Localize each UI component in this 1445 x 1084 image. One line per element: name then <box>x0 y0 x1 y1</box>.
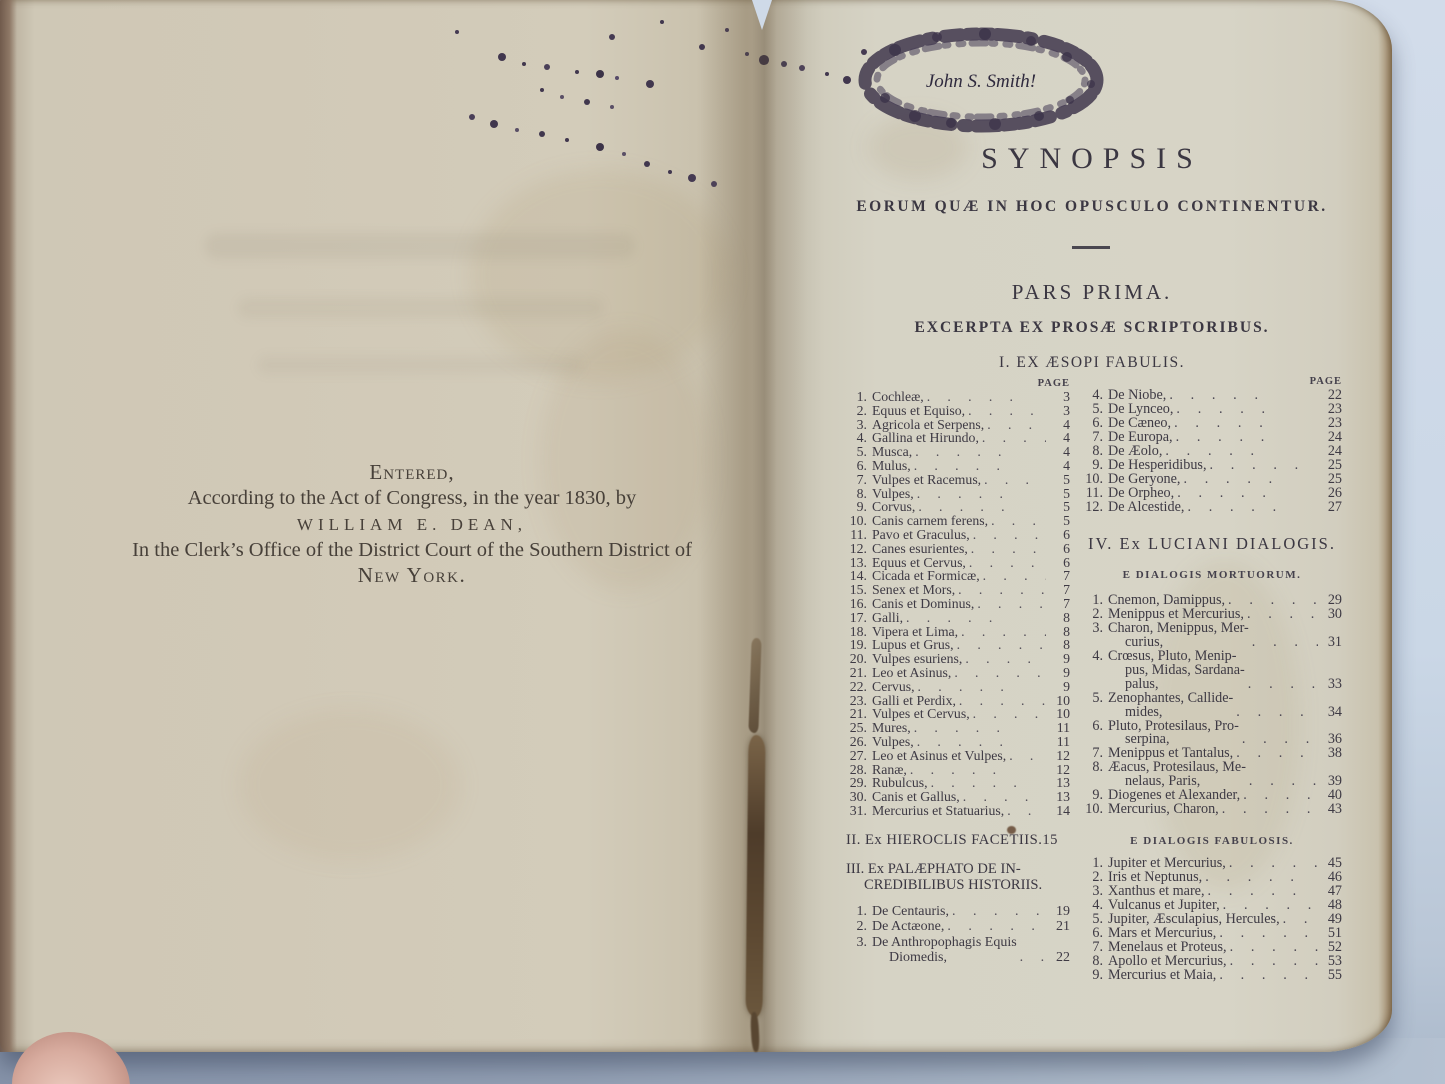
item-page: 5 <box>1046 514 1070 528</box>
item-number: 21. <box>846 707 872 721</box>
item-page: 9 <box>1046 652 1070 666</box>
left-page-edge <box>0 0 17 1052</box>
dot-leader <box>968 542 1046 556</box>
toc-row: 4. Vulcanus et Jupiter, 48 <box>1082 898 1342 912</box>
item-title: Apollo et Mercurius, <box>1108 954 1227 968</box>
item-number: 10. <box>1082 472 1108 486</box>
item-title: Cochleæ, <box>872 390 924 404</box>
item-title: De Europa, <box>1108 430 1173 444</box>
item-page: 22 <box>1318 388 1342 402</box>
item-number: 6. <box>1082 416 1108 430</box>
dot-leader <box>1173 402 1318 416</box>
item-title: Pluto, Protesilaus, Pro-serpina, <box>1108 720 1239 748</box>
toc-row: 22. Cervus, 9 <box>846 680 1070 694</box>
hierocles-section-heading: II. Ex HIEROCLIS FACETIIS.15 <box>846 834 1070 848</box>
item-number: 15. <box>846 583 872 597</box>
item-number: 12. <box>1082 500 1108 514</box>
item-page: 12 <box>1046 749 1070 763</box>
item-number: 3. <box>1082 622 1108 636</box>
copyright-congress-line: According to the Act of Congress, in the… <box>92 487 732 510</box>
item-title: De Orpheo, <box>1108 486 1174 500</box>
item-title: Zenophantes, Callide-mides, <box>1108 692 1233 720</box>
palaephato-toc-list: 1. De Centauris, 19 2. De Actæone, 21 3.… <box>846 904 1070 966</box>
item-number: 1. <box>1082 856 1108 870</box>
dot-leader <box>915 680 1046 694</box>
dot-leader <box>984 418 1046 432</box>
item-title: Gallina et Hirundo, <box>872 431 979 445</box>
dot-leader <box>912 445 1046 459</box>
mortuorum-subheading: E DIALOGIS MORTUORUM. <box>1082 568 1342 582</box>
item-number: 10. <box>1082 803 1108 817</box>
item-title: Menelaus et Proteus, <box>1108 940 1227 954</box>
item-page: 3 <box>1046 404 1070 418</box>
item-page: 10 <box>1046 707 1070 721</box>
toc-row: 7. Menelaus et Proteus, 52 <box>1082 940 1342 954</box>
dot-leader <box>954 638 1046 652</box>
dot-leader <box>1280 912 1318 926</box>
toc-row: 1. Jupiter et Mercurius, 45 <box>1082 856 1342 870</box>
item-title: Mercurius et Statuarius, <box>872 804 1004 818</box>
toc-row: 4. Gallina et Hirundo, 4 <box>846 431 1070 445</box>
showthrough-text <box>238 298 603 318</box>
dot-leader <box>965 404 1046 418</box>
item-number: 21. <box>846 666 872 680</box>
item-number: 25. <box>846 721 872 735</box>
dot-leader <box>1006 749 1046 763</box>
item-page: 43 <box>1318 803 1342 817</box>
item-page: 53 <box>1318 954 1342 968</box>
toc-row: 2. De Actæone, 21 <box>846 919 1070 935</box>
item-title: Senex et Mors, <box>872 583 955 597</box>
binding-crack <box>746 735 766 1017</box>
toc-row: 8. Æacus, Protesilaus, Me-nelaus, Paris,… <box>1082 761 1342 789</box>
item-title: De Cæneo, <box>1108 416 1171 430</box>
item-number: 31. <box>846 804 872 818</box>
item-title: Iris et Neptunus, <box>1108 870 1202 884</box>
item-title: Vipera et Lima, <box>872 625 958 639</box>
item-number: 7. <box>1082 940 1108 954</box>
item-page: 8 <box>1046 638 1070 652</box>
item-number: 17. <box>846 611 872 625</box>
item-number: 5. <box>1082 912 1108 926</box>
item-page: 26 <box>1318 486 1342 500</box>
item-page: 52 <box>1318 940 1342 954</box>
toc-row: 8. De Æolo, 24 <box>1082 444 1342 458</box>
item-page: 49 <box>1318 912 1342 926</box>
item-page: 4 <box>1046 445 1070 459</box>
item-page: 47 <box>1318 884 1342 898</box>
palaephato-section-heading: III. Ex PALÆPHATO DE IN- CREDIBILIBUS HI… <box>846 861 1070 894</box>
item-number: 20. <box>846 652 872 666</box>
toc-row: 4. Crœsus, Pluto, Menip-pus, Midas, Sard… <box>1082 650 1342 692</box>
toc-row: 2. Equus et Equiso, 3 <box>846 404 1070 418</box>
dot-leader <box>1233 706 1318 720</box>
toc-row: 3. Xanthus et mare, 47 <box>1082 884 1342 898</box>
item-title: Leo et Asinus et Vulpes, <box>872 749 1006 763</box>
item-title: Æacus, Protesilaus, Me-nelaus, Paris, <box>1108 761 1246 789</box>
dot-leader <box>1180 472 1318 486</box>
item-number: 7. <box>1082 430 1108 444</box>
item-page: 24 <box>1318 430 1342 444</box>
item-title: Canes esurientes, <box>872 542 968 556</box>
dot-leader <box>1245 678 1318 692</box>
item-number: 3. <box>1082 884 1108 898</box>
toc-row: 9. Corvus, 5 <box>846 500 1070 514</box>
item-number: 8. <box>1082 761 1108 775</box>
dot-leader <box>962 652 1046 666</box>
copyright-entered: Entered, <box>92 460 732 485</box>
item-page: 13 <box>1046 776 1070 790</box>
item-page: 46 <box>1318 870 1342 884</box>
palaephato-cont-toc-list: 4. De Niobe, 22 5. De Lynceo, 23 6. De C… <box>1082 388 1342 514</box>
dot-leader <box>951 666 1046 680</box>
dot-leader <box>1246 775 1318 789</box>
dot-leader <box>1240 789 1318 803</box>
item-page: 14 <box>1046 804 1070 818</box>
toc-row: 10. Mercurius, Charon, 43 <box>1082 803 1342 817</box>
toc-row: 20. Vulpes esuriens, 9 <box>846 652 1070 666</box>
item-title: Agricola et Serpens, <box>872 418 984 432</box>
item-title: Vulpes, <box>872 487 914 501</box>
toc-row: 7. De Europa, 24 <box>1082 430 1342 444</box>
item-page: 34 <box>1318 706 1342 720</box>
item-number: 6. <box>1082 926 1108 940</box>
item-title: Mercurius et Maia, <box>1108 968 1216 982</box>
toc-row: 17. Galli, 8 <box>846 611 1070 625</box>
toc-row: 11. Pavo et Graculus, 6 <box>846 528 1070 542</box>
dot-leader <box>1227 940 1318 954</box>
copyright-new-york: New York. <box>92 563 732 588</box>
dot-leader <box>1216 926 1318 940</box>
item-page: 6 <box>1046 556 1070 570</box>
item-number: 2. <box>846 919 872 935</box>
item-page: 31 <box>1318 636 1342 650</box>
toc-row: 8. Vulpes, 5 <box>846 487 1070 501</box>
dot-leader <box>974 597 1046 611</box>
toc-row: 16. Canis et Dominus, 7 <box>846 597 1070 611</box>
item-title: Vulpes et Cervus, <box>872 707 970 721</box>
item-page: 19 <box>1046 904 1070 920</box>
book-photo: Entered, According to the Act of Congres… <box>0 0 1445 1084</box>
item-number: 5. <box>1082 692 1108 706</box>
toc-row: 23. Galli et Perdix, 10 <box>846 694 1070 708</box>
dot-leader <box>1216 968 1318 982</box>
dot-leader <box>981 473 1046 487</box>
item-title: Vulpes et Racemus, <box>872 473 981 487</box>
dot-leader <box>907 763 1046 777</box>
dot-leader <box>970 707 1046 721</box>
item-title: Leo et Asinus, <box>872 666 951 680</box>
item-number: 16. <box>846 597 872 611</box>
dot-leader <box>911 459 1046 473</box>
item-page: 7 <box>1046 597 1070 611</box>
item-title: De Geryone, <box>1108 472 1180 486</box>
toc-row: 25. Mures, 11 <box>846 721 1070 735</box>
toc-row: 14. Cicada et Formicæ, 7 <box>846 569 1070 583</box>
luciani-section-heading: IV. Ex LUCIANI DIALOGIS. <box>1082 537 1342 551</box>
item-page: 11 <box>1046 721 1070 735</box>
item-page: 9 <box>1046 680 1070 694</box>
dot-leader <box>1207 458 1318 472</box>
item-page: 13 <box>1046 790 1070 804</box>
item-page: 7 <box>1046 583 1070 597</box>
item-number: 10. <box>846 514 872 528</box>
toc-row: 29. Rubulcus, 13 <box>846 776 1070 790</box>
dot-leader <box>914 735 1046 749</box>
toc-row: 5. Musca, 4 <box>846 445 1070 459</box>
dot-leader <box>944 919 1046 935</box>
item-title: Charon, Menippus, Mer-curius, <box>1108 622 1249 650</box>
dot-leader <box>1017 950 1046 966</box>
item-title: Musca, <box>872 445 912 459</box>
item-number: 9. <box>1082 968 1108 982</box>
item-number: 26. <box>846 735 872 749</box>
item-number: 13. <box>846 556 872 570</box>
item-title: Rubulcus, <box>872 776 928 790</box>
item-number: 3. <box>846 418 872 432</box>
item-page: 22 <box>1046 950 1070 966</box>
item-title: De Centauris, <box>872 904 949 920</box>
toc-row: 3. Agricola et Serpens, 4 <box>846 418 1070 432</box>
paper-stain <box>240 710 460 860</box>
item-title: De Niobe, <box>1108 388 1166 402</box>
item-page: 8 <box>1046 611 1070 625</box>
item-page: 33 <box>1318 678 1342 692</box>
item-title: Vulpes esuriens, <box>872 652 962 666</box>
open-book: Entered, According to the Act of Congres… <box>0 0 1392 1052</box>
item-page: 5 <box>1046 473 1070 487</box>
item-page: 25 <box>1318 472 1342 486</box>
item-page: 6 <box>1046 542 1070 556</box>
item-title: Crœsus, Pluto, Menip-pus, Midas, Sardana… <box>1108 650 1245 692</box>
dot-leader <box>956 694 1046 708</box>
item-page: 4 <box>1046 459 1070 473</box>
item-number: 5. <box>1082 402 1108 416</box>
toc-row: 30. Canis et Gallus, 13 <box>846 790 1070 804</box>
item-page: 23 <box>1318 402 1342 416</box>
mortuorum-toc-list: 1. Cnemon, Damippus, 29 2. Menippus et M… <box>1082 594 1342 817</box>
item-page: 55 <box>1318 968 1342 982</box>
dot-leader <box>988 514 1046 528</box>
toc-row: 15. Senex et Mors, 7 <box>846 583 1070 597</box>
item-title: De Alcestide, <box>1108 500 1184 514</box>
item-title: De Æolo, <box>1108 444 1162 458</box>
excerpta-heading: EXCERPTA EX PROSÆ SCRIPTORIBUS. <box>792 319 1392 337</box>
pars-prima-heading: PARS PRIMA. <box>792 280 1392 305</box>
fabulosis-subheading: E DIALOGIS FABULOSIS. <box>1082 834 1342 848</box>
item-page: 3 <box>1046 390 1070 404</box>
dot-leader <box>1205 884 1318 898</box>
toc-row: 26. Vulpes, 11 <box>846 735 1070 749</box>
dot-leader <box>1173 430 1318 444</box>
dot-leader <box>911 721 1046 735</box>
item-number: 4. <box>1082 650 1108 664</box>
toc-row: 13. Equus et Cervus, 6 <box>846 556 1070 570</box>
toc-row: 9. Mercurius et Maia, 55 <box>1082 968 1342 982</box>
dot-leader <box>960 790 1046 804</box>
item-page: 5 <box>1046 500 1070 514</box>
dot-leader <box>903 611 1046 625</box>
item-page: 27 <box>1318 500 1342 514</box>
toc-right-column: PAGE 4. De Niobe, 22 5. De Lynceo, 23 6.… <box>1082 376 1342 982</box>
item-page: 10 <box>1046 694 1070 708</box>
dot-leader <box>966 556 1046 570</box>
dot-leader <box>1004 804 1046 818</box>
toc-row: 6. Mars et Mercurius, 51 <box>1082 926 1342 940</box>
item-number: 4. <box>1082 898 1108 912</box>
toc-row: 10. De Geryone, 25 <box>1082 472 1342 486</box>
item-number: 8. <box>1082 444 1108 458</box>
dot-leader <box>1226 856 1318 870</box>
item-title: Equus et Equiso, <box>872 404 965 418</box>
divider-rule <box>1072 246 1110 249</box>
item-title: Mars et Mercurius, <box>1108 926 1216 940</box>
item-number: 29. <box>846 776 872 790</box>
item-number: 28. <box>846 763 872 777</box>
dot-leader <box>980 569 1046 583</box>
toc-row: 21. Vulpes et Cervus, 10 <box>846 707 1070 721</box>
item-number: 2. <box>1082 870 1108 884</box>
item-title: Cervus, <box>872 680 915 694</box>
item-number: 22. <box>846 680 872 694</box>
item-page: 38 <box>1318 747 1342 761</box>
item-page: 45 <box>1318 856 1342 870</box>
dot-leader <box>1239 733 1318 747</box>
item-number: 23. <box>846 694 872 708</box>
item-number: 7. <box>846 473 872 487</box>
item-title: Ranæ, <box>872 763 907 777</box>
item-number: 8. <box>846 487 872 501</box>
toc-row: 28. Ranæ, 12 <box>846 763 1070 777</box>
dot-leader <box>1202 870 1318 884</box>
toc-row: 5. De Lynceo, 23 <box>1082 402 1342 416</box>
toc-row: 1. Cochleæ, 3 <box>846 390 1070 404</box>
toc-row: 2. Iris et Neptunus, 46 <box>1082 870 1342 884</box>
toc-row: 3. Charon, Menippus, Mer-curius, 31 <box>1082 622 1342 650</box>
toc-row: 5. Jupiter, Æsculapius, Hercules, 49 <box>1082 912 1342 926</box>
item-page: 21 <box>1046 919 1070 935</box>
item-number: 1. <box>846 390 872 404</box>
toc-row: 31. Mercurius et Statuarius, 14 <box>846 804 1070 818</box>
dot-leader <box>970 528 1046 542</box>
dot-leader <box>979 431 1046 445</box>
item-title: Pavo et Graculus, <box>872 528 970 542</box>
dot-leader <box>955 583 1046 597</box>
dot-leader <box>1171 416 1318 430</box>
item-page: 7 <box>1046 569 1070 583</box>
item-title: Canis carnem ferens, <box>872 514 988 528</box>
toc-row: 4. De Niobe, 22 <box>1082 388 1342 402</box>
dot-leader <box>1166 388 1318 402</box>
item-title: Cicada et Formicæ, <box>872 569 980 583</box>
toc-row: 10. Canis carnem ferens, 5 <box>846 514 1070 528</box>
item-title: De Actæone, <box>872 919 944 935</box>
dot-leader <box>1244 608 1318 622</box>
item-title: Galli, <box>872 611 903 625</box>
item-title: Mercurius, Charon, <box>1108 803 1219 817</box>
item-number: 9. <box>1082 458 1108 472</box>
toc-row: 6. Mulus, 4 <box>846 459 1070 473</box>
toc-row: 9. De Hesperidibus, 25 <box>1082 458 1342 472</box>
dot-leader <box>949 904 1046 920</box>
item-number: 19. <box>846 638 872 652</box>
item-page: 30 <box>1318 608 1342 622</box>
toc-row: 21. Leo et Asinus, 9 <box>846 666 1070 680</box>
cover-corner <box>0 0 60 140</box>
toc-row: 3. De Anthropophagis EquisDiomedis, 22 <box>846 935 1070 966</box>
item-page: 25 <box>1318 458 1342 472</box>
item-number: 18. <box>846 625 872 639</box>
item-page: 23 <box>1318 416 1342 430</box>
fabulosis-toc-list: 1. Jupiter et Mercurius, 45 2. Iris et N… <box>1082 856 1342 982</box>
toc-row: 19. Lupus et Grus, 8 <box>846 638 1070 652</box>
toc-row: 1. De Centauris, 19 <box>846 904 1070 920</box>
dot-leader <box>1184 500 1318 514</box>
item-page: 12 <box>1046 763 1070 777</box>
item-title: Xanthus et mare, <box>1108 884 1205 898</box>
dot-leader <box>1227 954 1318 968</box>
toc-left-column: PAGE 1. Cochleæ, 3 2. Equus et Equiso, 3… <box>846 378 1070 966</box>
toc-row: 12. Canes esurientes, 6 <box>846 542 1070 556</box>
toc-row: 11. De Orpheo, 26 <box>1082 486 1342 500</box>
item-title: Equus et Cervus, <box>872 556 966 570</box>
copyright-notice: Entered, According to the Act of Congres… <box>92 460 732 588</box>
item-page: 51 <box>1318 926 1342 940</box>
copyright-clerk-line: In the Clerk’s Office of the District Co… <box>92 539 732 562</box>
item-title: Mulus, <box>872 459 911 473</box>
item-number: 6. <box>846 459 872 473</box>
toc-row: 5. Zenophantes, Callide-mides, 34 <box>1082 692 1342 720</box>
dot-leader <box>914 487 1046 501</box>
item-number: 6. <box>1082 720 1108 734</box>
item-title: Galli et Perdix, <box>872 694 956 708</box>
item-number: 9. <box>846 500 872 514</box>
item-number: 8. <box>1082 954 1108 968</box>
item-title: De Hesperidibus, <box>1108 458 1207 472</box>
dot-leader <box>1162 444 1318 458</box>
dot-leader <box>928 776 1046 790</box>
aesop-toc-list: 1. Cochleæ, 3 2. Equus et Equiso, 3 3. A… <box>846 390 1070 818</box>
item-number: 5. <box>846 445 872 459</box>
item-title: Mures, <box>872 721 911 735</box>
toc-row: 6. De Cæneo, 23 <box>1082 416 1342 430</box>
toc-row: 7. Vulpes et Racemus, 5 <box>846 473 1070 487</box>
item-page: 5 <box>1046 487 1070 501</box>
item-title: De Lynceo, <box>1108 402 1173 416</box>
item-title: Jupiter, Æsculapius, Hercules, <box>1108 912 1280 926</box>
dot-leader <box>1219 803 1318 817</box>
synopsis-title: SYNOPSIS <box>792 142 1392 176</box>
item-number: 2. <box>846 404 872 418</box>
item-page: 8 <box>1046 625 1070 639</box>
item-number: 11. <box>1082 486 1108 500</box>
ownership-stamp: John S. Smith! <box>855 26 1113 140</box>
item-title: De Anthropophagis EquisDiomedis, <box>872 935 1017 966</box>
item-number: 4. <box>1082 388 1108 402</box>
item-number: 4. <box>846 431 872 445</box>
item-page: 4 <box>1046 431 1070 445</box>
stamp-owner-name: John S. Smith! <box>926 71 1036 92</box>
item-title: Vulcanus et Jupiter, <box>1108 898 1220 912</box>
showthrough-text <box>258 356 583 374</box>
item-page: 4 <box>1046 418 1070 432</box>
item-title: Jupiter et Mercurius, <box>1108 856 1226 870</box>
aesop-section-heading: I. EX ÆSOPI FABULIS. <box>792 354 1392 372</box>
item-page: 6 <box>1046 528 1070 542</box>
copyright-publisher: WILLIAM E. DEAN, <box>92 515 732 535</box>
item-number: 1. <box>846 904 872 920</box>
item-title: Canis et Dominus, <box>872 597 974 611</box>
